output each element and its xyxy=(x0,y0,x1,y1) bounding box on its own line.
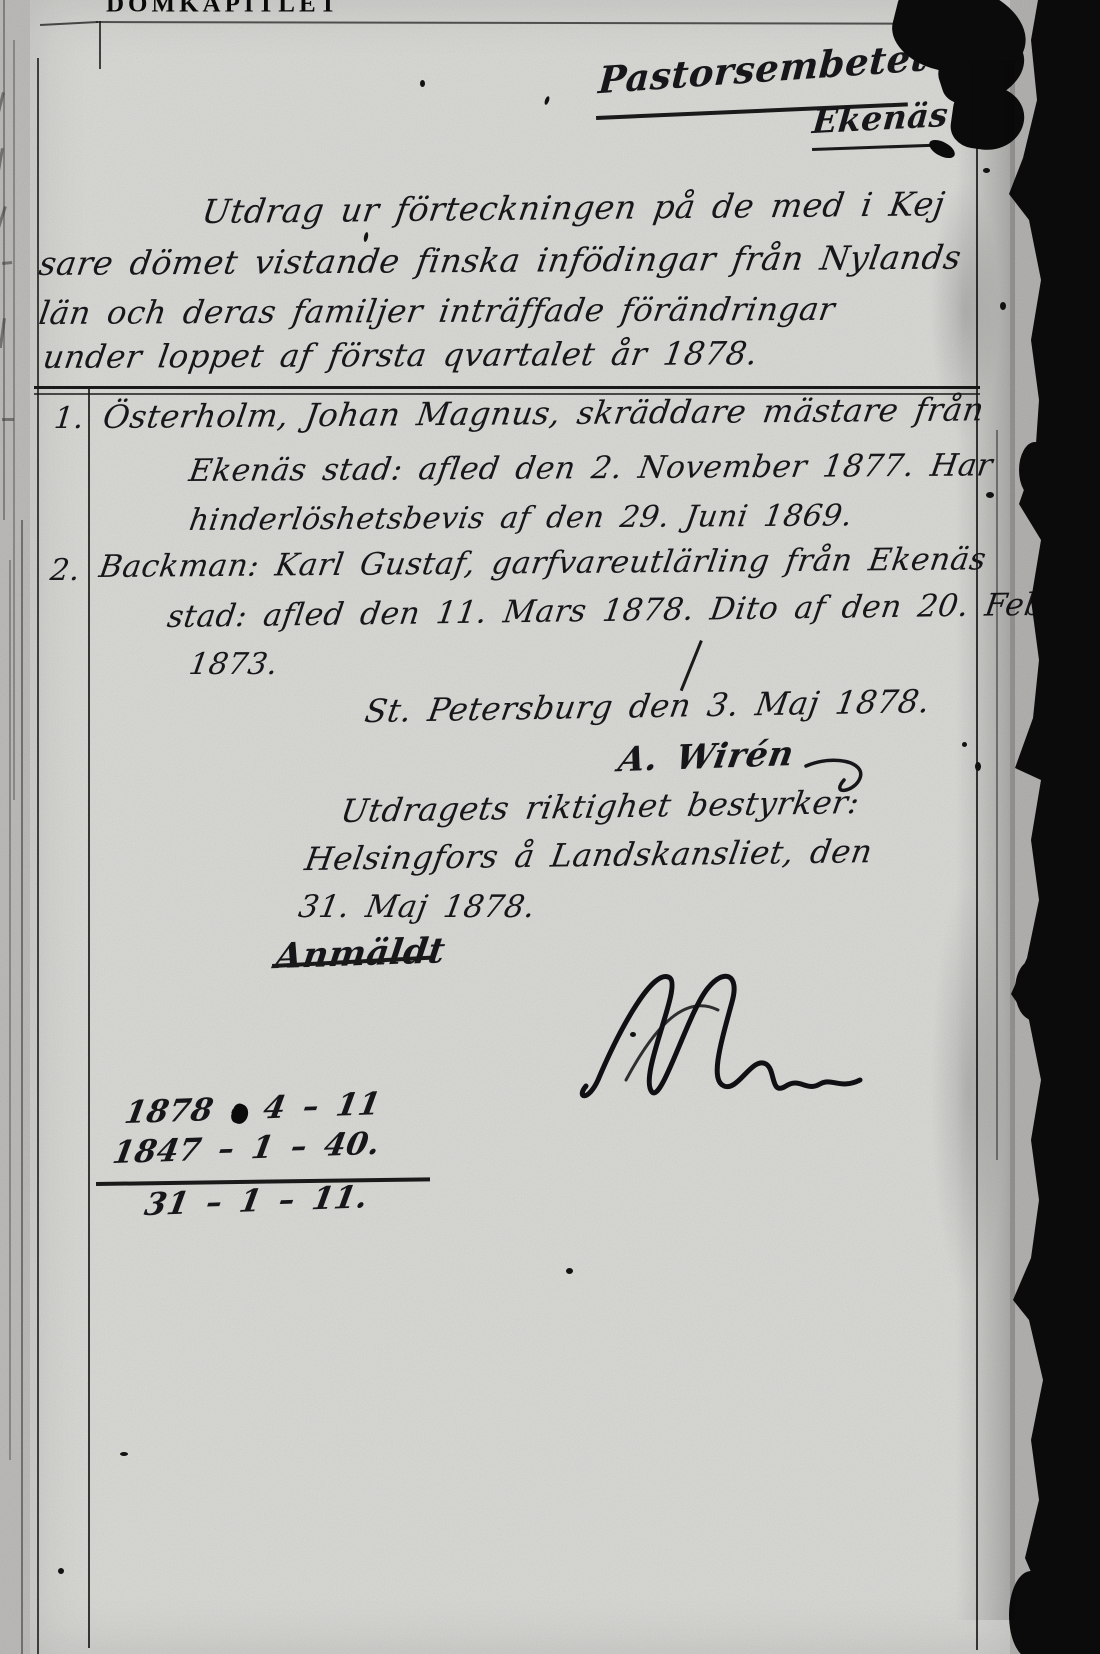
speck xyxy=(566,1268,573,1274)
entry-1-line-1: Österholm, Johan Magnus, skräddare mästa… xyxy=(101,392,987,435)
speck xyxy=(420,80,425,87)
right-frame-line xyxy=(976,66,978,1650)
stack-edge-line xyxy=(21,520,23,1654)
speck xyxy=(630,1032,636,1037)
speck xyxy=(975,762,981,771)
attestation-line-3: 31. Maj 1878. xyxy=(296,890,538,924)
speck xyxy=(120,1452,128,1456)
entry-2-line-1: Backman: Karl Gustaf, garfvareutlärling … xyxy=(97,542,989,584)
frame-corner-line xyxy=(99,21,101,69)
scanned-document: DOMKAPITLET Pastorsembetet Ekenäs Utdrag… xyxy=(0,0,1100,1654)
left-frame-line xyxy=(37,58,39,1654)
scan-gutter xyxy=(1010,0,1050,1654)
intro-line-4: under loppet af första qvartalet år 1878… xyxy=(41,336,761,375)
intro-line-3: län och deras familjer inträffade föränd… xyxy=(37,292,838,331)
speck xyxy=(1000,302,1006,310)
stray-mark xyxy=(768,128,780,146)
entry-1-line-3: hinderlöshetsbevis af den 29. Juni 1869. xyxy=(187,499,855,537)
stamp-text: DOMKAPITLET xyxy=(106,0,376,18)
letterhead-stamp: DOMKAPITLET xyxy=(106,0,376,19)
intro-line-2: sare dömet vistande finska infödingar fr… xyxy=(37,240,964,283)
entry-1-line-2: Ekenäs stad: afled den 2. November 1877.… xyxy=(187,448,995,488)
signature-wiren: A. Wirén xyxy=(615,736,796,780)
header-place: Ekenäs xyxy=(811,97,950,141)
entry-1-number: 1. xyxy=(53,402,86,435)
entry-2-line-3: 1873. xyxy=(187,648,281,681)
ghost-stroke xyxy=(2,418,14,421)
section-rule-thick xyxy=(34,386,980,389)
stack-edge-line xyxy=(3,0,5,520)
annotation-struck-word: Anmäldt xyxy=(273,932,448,977)
entry-2-number: 2. xyxy=(49,554,82,587)
speck xyxy=(983,168,990,173)
speck xyxy=(962,742,967,747)
intro-line-1: Utdrag ur förteckningen på de med i Kej xyxy=(200,186,948,230)
tally-total: 31 – 1 – 11. xyxy=(142,1180,371,1222)
speck xyxy=(58,1568,64,1574)
number-column-line xyxy=(88,389,90,1648)
right-frame-line-2 xyxy=(996,430,998,1160)
stack-edge-line xyxy=(9,560,11,1460)
speck xyxy=(986,492,994,498)
attestation-line-2: Helsingfors å Landskansliet, den xyxy=(302,834,875,877)
